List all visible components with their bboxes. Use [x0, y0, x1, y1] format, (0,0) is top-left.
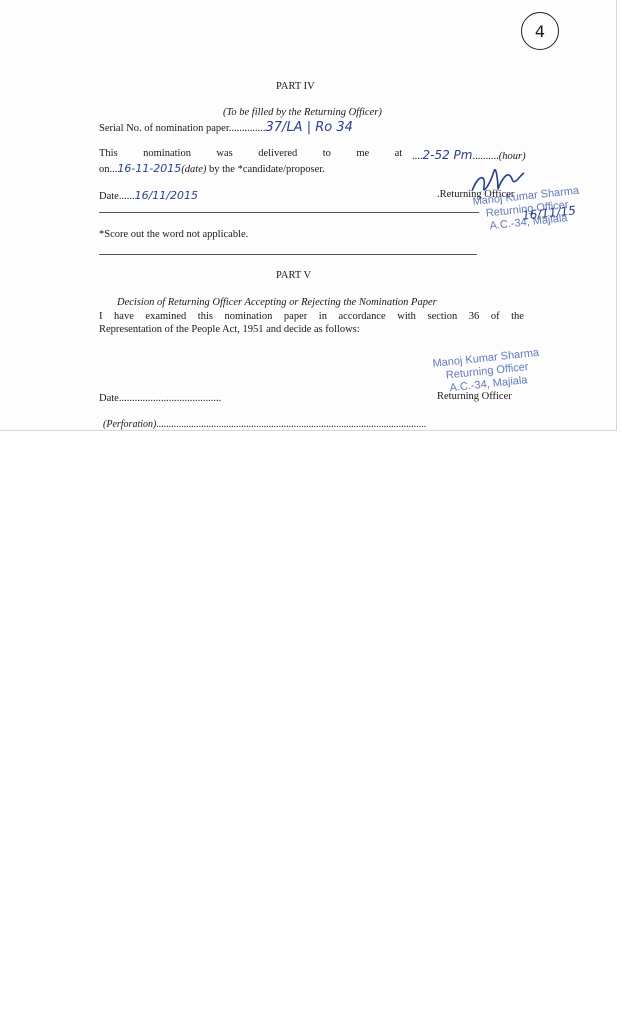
date-field-label: Date [99, 191, 119, 202]
word: examined [145, 311, 186, 322]
page-number: 4 [535, 22, 545, 41]
word: nomination [143, 148, 191, 159]
on-label: on [99, 164, 110, 175]
word: nomination [225, 311, 273, 322]
word: delivered [258, 148, 297, 159]
perforation-line: (Perforation)...........................… [103, 419, 426, 430]
serial-line: Serial No. of nomination paper..........… [99, 120, 353, 135]
part5-officer-label: Returning Officer [437, 391, 512, 402]
word: of [491, 311, 500, 322]
word: accordance [339, 311, 386, 322]
by-text: by the *candidate/proposer. [206, 164, 324, 175]
word: to [323, 148, 331, 159]
date-label: (date) [181, 164, 206, 175]
footnote: *Score out the word not applicable. [99, 229, 248, 240]
part5-date-label: Date....................................… [99, 393, 221, 404]
divider-2 [99, 254, 477, 255]
word: This [99, 148, 118, 159]
hour-field: ....2-52 Pm..........(hour) [412, 148, 526, 162]
delivery-date-value: 16-11-2015 [117, 162, 181, 175]
word: me [356, 148, 369, 159]
body-words: Ihaveexaminedthisnominationpaperinaccord… [99, 311, 524, 322]
word: at [395, 148, 403, 159]
part5-body-line2: Representation of the People Act, 1951 a… [99, 324, 360, 335]
word: the [511, 311, 524, 322]
part5-stamp: Manoj Kumar Sharma Returning Officer A.C… [432, 347, 542, 397]
serial-value: 37/LA | Ro 34 [266, 120, 353, 135]
word: was [216, 148, 232, 159]
part5-heading: PART V [276, 270, 311, 281]
word: I [99, 311, 103, 322]
word: section [427, 311, 457, 322]
part4-heading: PART IV [276, 81, 315, 92]
part4-subheading: (To be filled by the Returning Officer) [223, 107, 382, 118]
hour-label: (hour) [499, 151, 526, 162]
part4-date-line: Date......16/11/2015 [99, 189, 198, 202]
document-page: 4 PART IV (To be filled by the Returning… [0, 0, 617, 431]
part5-subheading: Decision of Returning Officer Accepting … [117, 297, 437, 308]
word: this [198, 311, 213, 322]
on-date-line: on...16-11-2015(date) by the *candidate/… [99, 162, 325, 175]
word: 36 [469, 311, 480, 322]
part5-body-line1: Ihaveexaminedthisnominationpaperinaccord… [99, 311, 524, 322]
page-number-circle: 4 [521, 12, 559, 50]
hour-value: 2-52 Pm [423, 148, 473, 162]
word: with [397, 311, 416, 322]
date-field-value: 16/11/2015 [135, 189, 198, 202]
serial-label: Serial No. of nomination paper [99, 123, 229, 134]
divider-1 [99, 212, 479, 213]
word: have [114, 311, 134, 322]
word: paper [284, 311, 307, 322]
word: in [319, 311, 327, 322]
